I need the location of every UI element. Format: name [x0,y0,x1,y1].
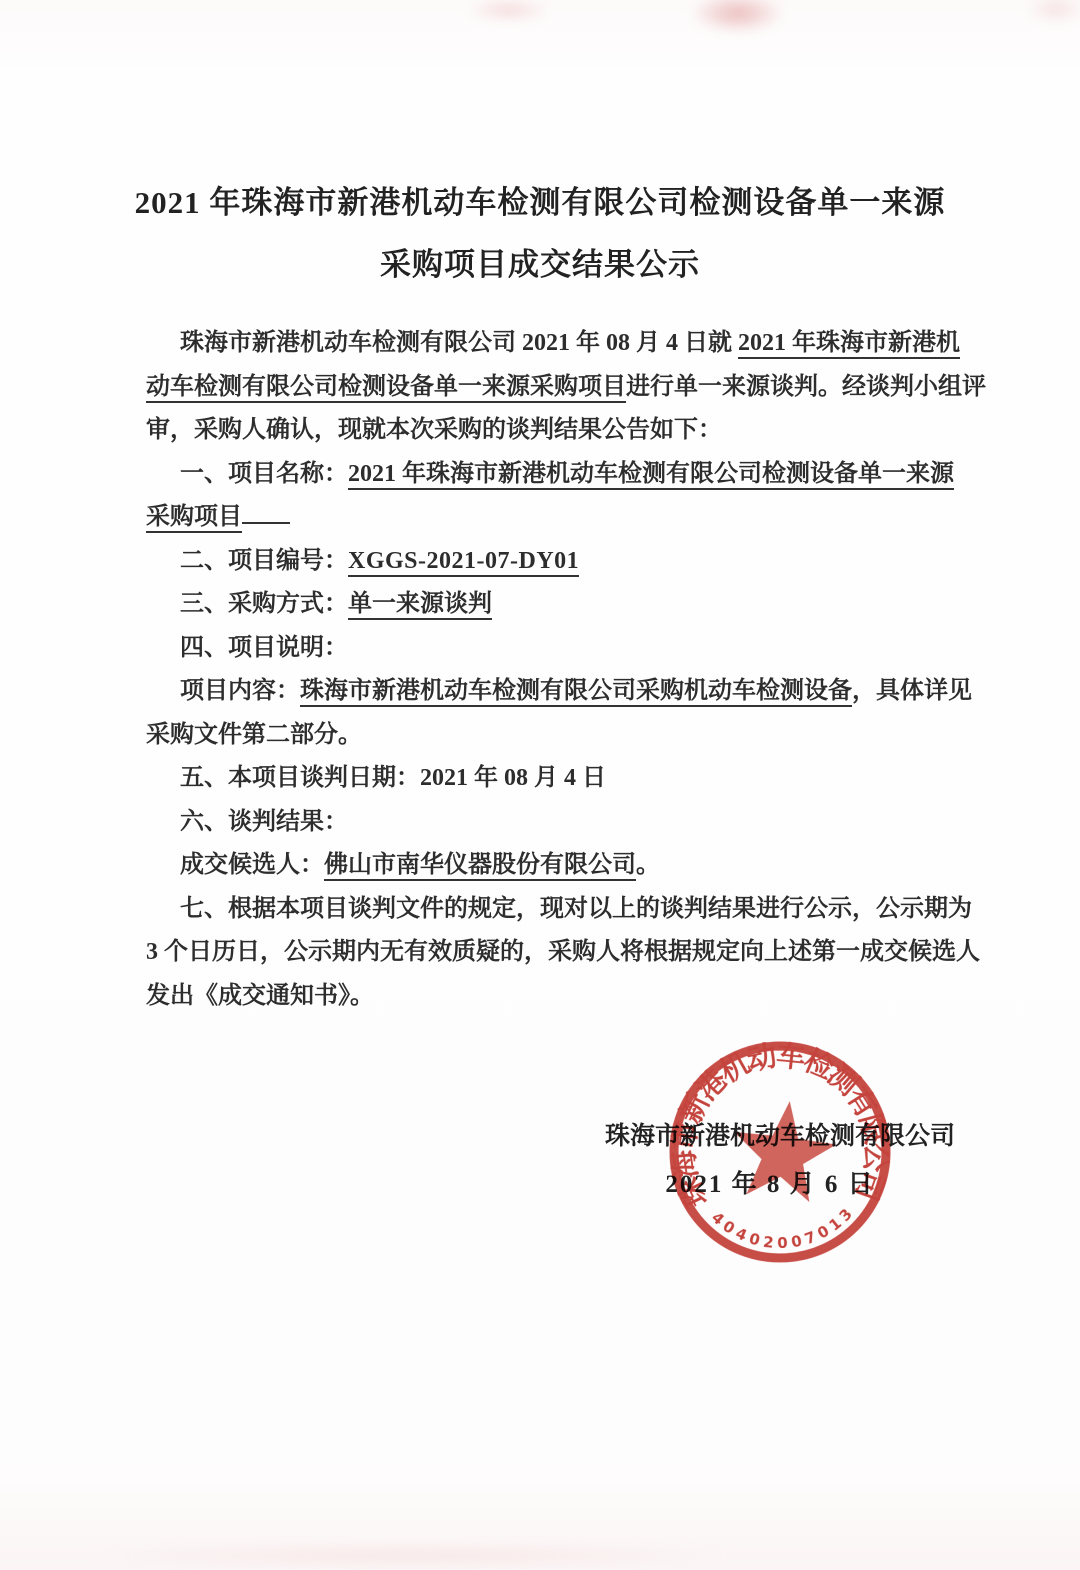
stamp-serial-number: 4404020070134 [633,1005,861,1260]
ink-smudge [690,0,785,34]
doc-line: 审，采购人确认，现就本次采购的谈判结果公告如下： [146,409,952,453]
doc-line-item7: 七、根据本项目谈判文件的规定，现对以上的谈判结果进行公示，公示期为 [146,888,952,932]
item5-label: 五、本项目谈判日期： [180,765,420,791]
text-segment: ，具体详见 [852,678,972,704]
doc-line-item2: 二、项目编号：XGGS-2021-07-DY01 [146,540,952,584]
doc-line-item5: 五、本项目谈判日期：2021 年 08 月 4 日 [146,757,952,801]
text-segment: 审，采购人确认，现就本次采购的谈判结果公告如下： [146,417,722,443]
doc-line: 采购项目 [146,496,952,540]
negotiation-date-value: 2021 年 08 月 4 日 [420,765,606,791]
project-content-value: 珠海市新港机动车检测有限公司采购机动车检测设备 [300,678,852,707]
item3-label: 三、采购方式： [180,591,348,617]
ink-smudge [1026,0,1080,24]
document-title: 2021 年珠海市新港机动车检测有限公司检测设备单一来源 采购项目成交结果公示 [0,172,1080,296]
doc-line: 3 个日历日，公示期内无有效质疑的，采购人将根据规定向上述第一成交候选人 [146,931,952,975]
text-segment: 珠海市新港机动车检测有限公司 2021 年 08 月 4 日就 [180,330,738,356]
doc-line-project-content: 项目内容：珠海市新港机动车检测有限公司采购机动车检测设备，具体详见 [146,670,952,714]
scanned-document-page: 2021 年珠海市新港机动车检测有限公司检测设备单一来源 采购项目成交结果公示 … [0,0,1080,1570]
project-name-value: 2021 年珠海市新港机动车检测有限公司检测设备单一来源 [348,461,954,490]
project-name-ref-underline: 动车检测有限公司检测设备单一来源采购项目 [146,374,626,403]
text-segment: 发出《成交通知书》。 [146,983,374,1009]
winner-label: 成交候选人： [180,852,324,878]
text-segment: 采购文件第二部分。 [146,722,362,748]
stamp-star-icon [733,1099,839,1206]
doc-line-winner: 成交候选人：佛山市南华仪器股份有限公司。 [146,844,952,888]
text-segment: 3 个日历日，公示期内无有效质疑的，采购人将根据规定向上述第一成交候选人 [146,939,980,965]
project-name-value-cont: 采购项目 [146,504,242,533]
item4-label: 四、项目说明： [180,635,348,661]
doc-line-item4: 四、项目说明： [146,627,952,671]
winning-bidder-value: 佛山市南华仪器股份有限公司 [324,852,636,881]
doc-line-item3: 三、采购方式：单一来源谈判 [146,583,952,627]
item7-text: 七、根据本项目谈判文件的规定，现对以上的谈判结果进行公示，公示期为 [180,896,972,922]
ink-smudge [466,0,551,22]
procurement-method-value: 单一来源谈判 [348,591,492,620]
doc-line: 采购文件第二部分。 [146,714,952,758]
project-name-ref-underline: 2021 年珠海市新港机 [738,330,960,359]
item1-label: 一、项目名称： [180,461,348,487]
text-segment: 。 [636,852,660,878]
item2-label: 二、项目编号： [180,548,348,574]
document-title-line1: 2021 年珠海市新港机动车检测有限公司检测设备单一来源 [0,172,1080,234]
doc-line-item1: 一、项目名称：2021 年珠海市新港机动车检测有限公司检测设备单一来源 [146,453,952,497]
item6-label: 六、谈判结果： [180,809,348,835]
ink-smudge [90,1542,730,1568]
underline-extension [242,498,290,524]
doc-line: 珠海市新港机动车检测有限公司 2021 年 08 月 4 日就 2021 年珠海… [146,322,952,366]
document-body: 珠海市新港机动车检测有限公司 2021 年 08 月 4 日就 2021 年珠海… [146,322,952,1018]
doc-line: 动车检测有限公司检测设备单一来源采购项目进行单一来源谈判。经谈判小组评 [146,366,952,410]
company-seal-stamp: 珠海市新港机动车检测有限公司 4404020070134 [633,1005,927,1299]
text-segment: 进行单一来源谈判。经谈判小组评 [626,374,986,400]
project-content-label: 项目内容： [180,678,300,704]
document-title-line2: 采购项目成交结果公示 [0,234,1080,296]
project-number-value: XGGS-2021-07-DY01 [348,548,579,577]
doc-line-item6: 六、谈判结果： [146,801,952,845]
